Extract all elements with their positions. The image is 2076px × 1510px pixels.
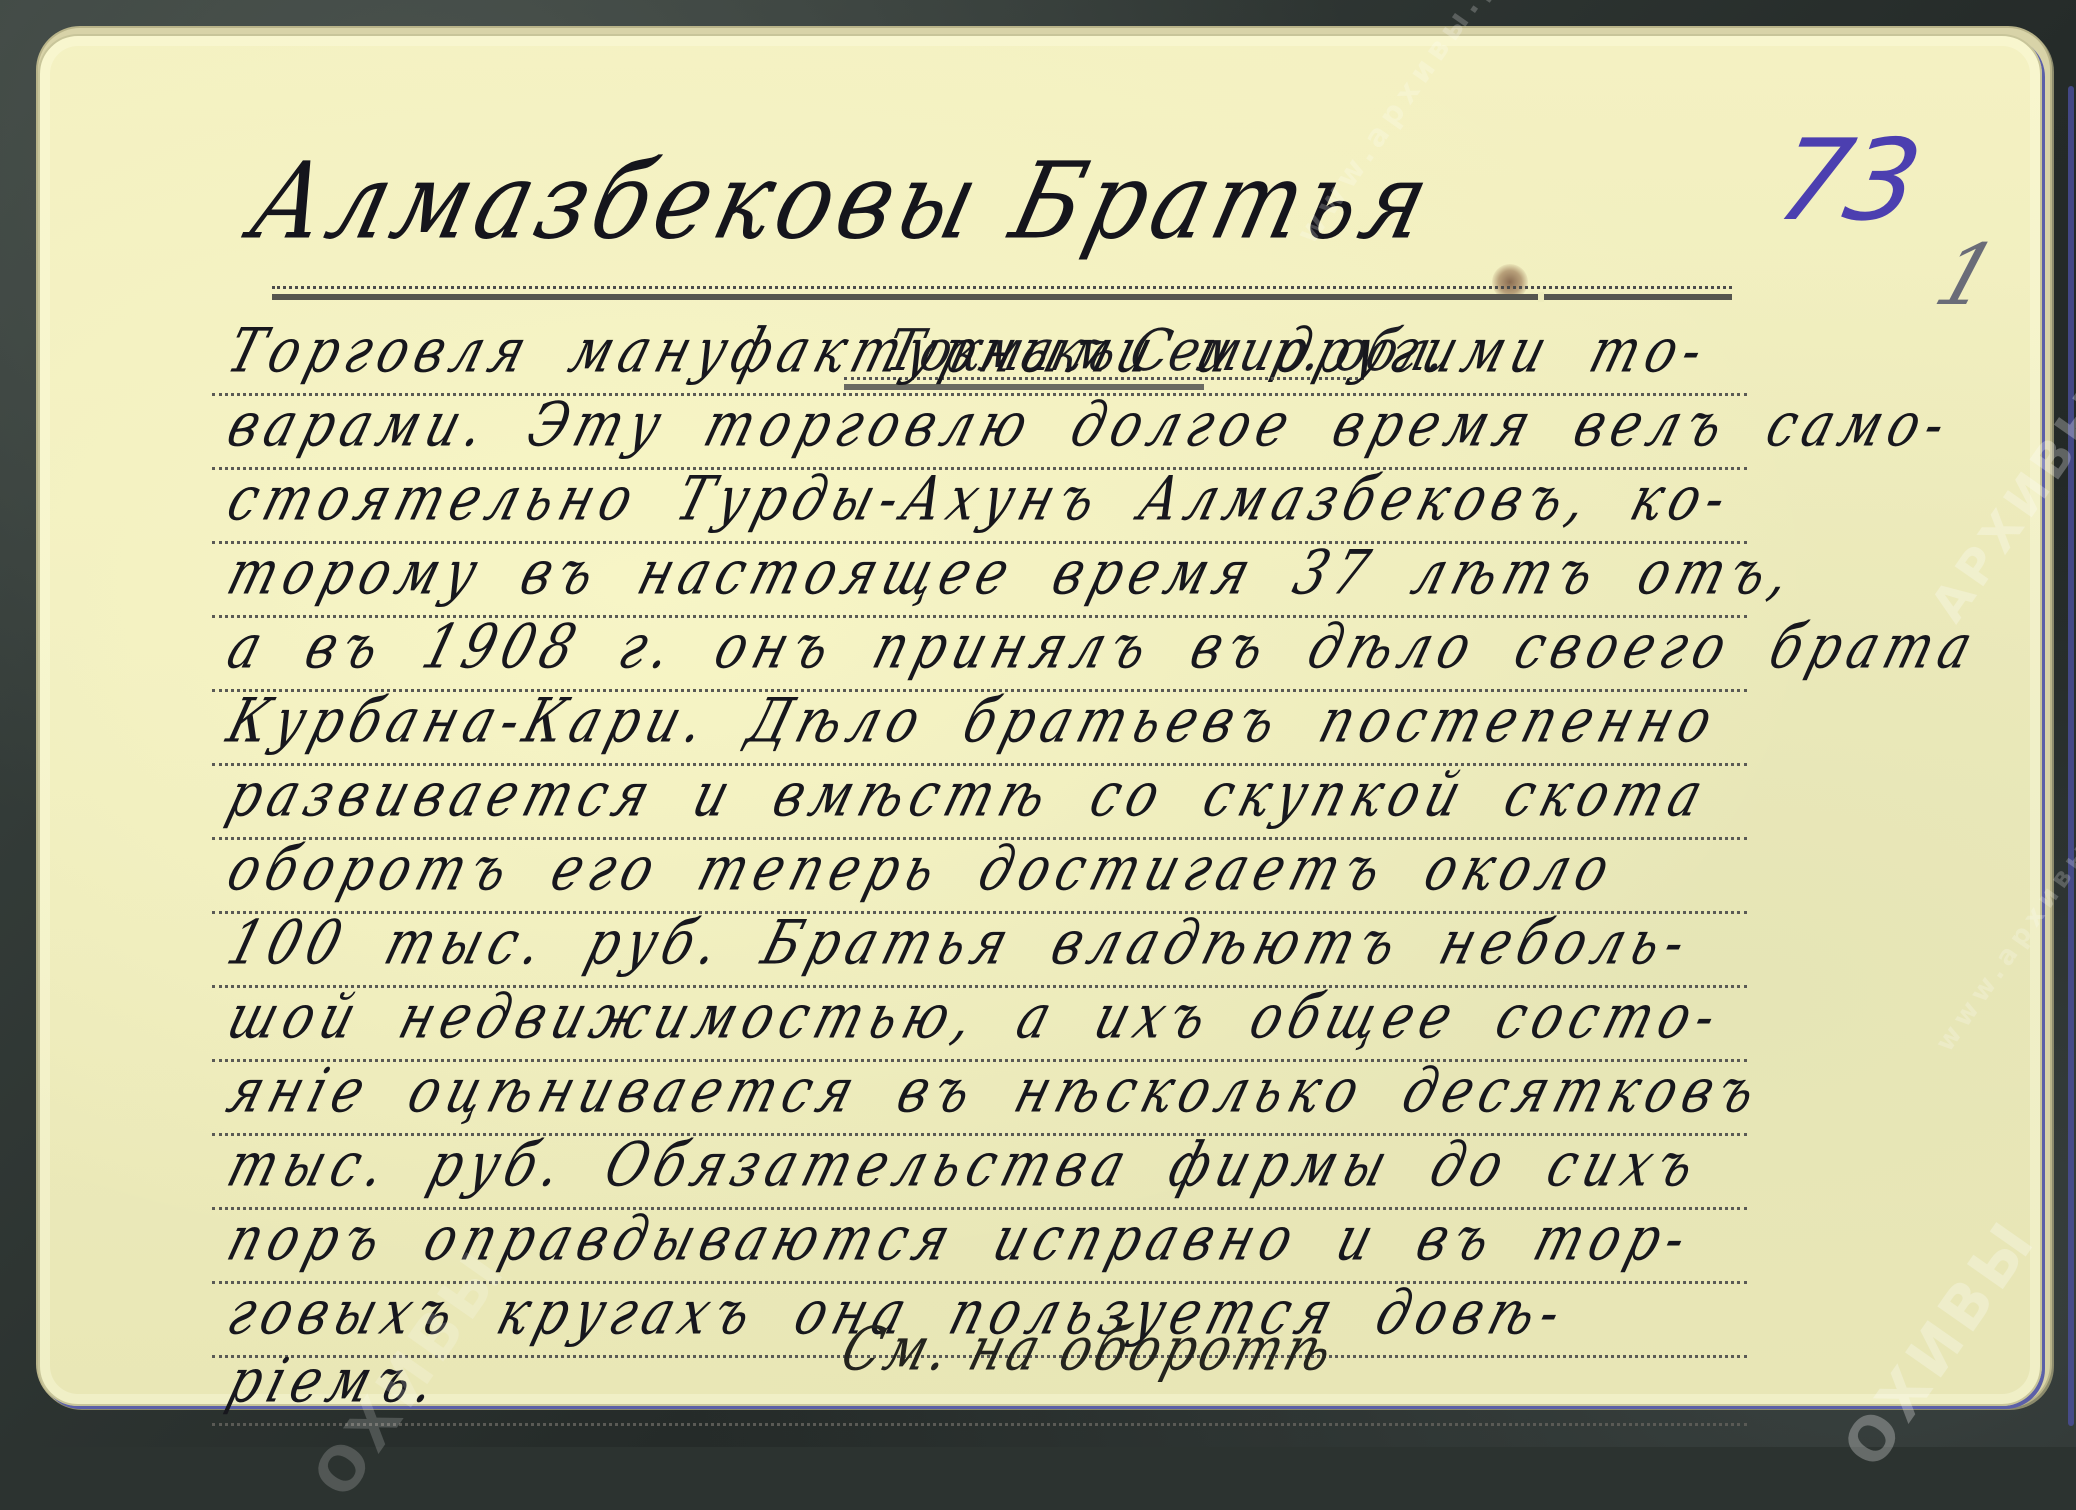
body-text: Торговля мануфактурными и другими то- ва…: [40, 36, 2040, 1404]
text-line-content: шой недвижимостью, а ихъ общее состо-: [220, 981, 1731, 1052]
text-line-content: тыс. руб. Обязательства фирмы до сихъ: [220, 1129, 1709, 1200]
text-line: оборотъ его теперь достигаетъ около: [212, 842, 1972, 914]
text-line-content: Торговля мануфактурными и другими то-: [220, 315, 1718, 386]
text-line: шой недвижимостью, а ихъ общее состо-: [212, 990, 1972, 1062]
text-line-content: яніе оцѣнивается въ нѣсколько десятковъ: [220, 1055, 1770, 1126]
text-line: варами. Эту торговлю долгое время велъ с…: [212, 398, 1972, 470]
dotted-rule: [212, 1423, 1747, 1426]
text-line-content: торому въ настоящее время 37 лѣтъ отъ,: [220, 537, 1805, 608]
text-line: яніе оцѣнивается въ нѣсколько десятковъ: [212, 1064, 1972, 1136]
text-line-content: ріемъ.: [220, 1345, 451, 1416]
text-line-content: развивается и вмѣстѣ со скупкой скота: [220, 759, 1717, 830]
text-line: Торговля мануфактурными и другими то-: [212, 324, 1972, 396]
text-line: а въ 1908 г. онъ принялъ въ дѣло своего …: [212, 620, 1972, 692]
text-line-content: а въ 1908 г. онъ принялъ въ дѣло своего …: [220, 611, 1987, 682]
text-line: стоятельно Турды-Ахунъ Алмазбековъ, ко-: [212, 472, 1972, 544]
text-line: торому въ настоящее время 37 лѣтъ отъ,: [212, 546, 1972, 618]
text-line-content: Курбана-Кари. Дѣло братьевъ постепенно: [220, 685, 1727, 756]
text-line: 100 тыс. руб. Братья владѣютъ неболь-: [212, 916, 1972, 988]
text-line-content: варами. Эту торговлю долгое время велъ с…: [220, 389, 1960, 460]
text-line: Курбана-Кари. Дѣло братьевъ постепенно: [212, 694, 1972, 766]
see-reverse-note: См. на оборотѣ: [834, 1314, 1344, 1384]
text-line-content: стоятельно Турды-Ахунъ Алмазбековъ, ко-: [220, 463, 1741, 534]
text-line-content: поръ оправдываются исправно и въ тор-: [220, 1203, 1701, 1274]
text-line: тыс. руб. Обязательства фирмы до сихъ: [212, 1138, 1972, 1210]
text-line-content: 100 тыс. руб. Братья владѣютъ неболь-: [220, 907, 1700, 978]
card-edge-shadow: [2068, 86, 2074, 1426]
archival-card: Алмазбековы Братья 73 1 Токмакъ Семир. о…: [38, 34, 2042, 1406]
text-line: поръ оправдываются исправно и въ тор-: [212, 1212, 1972, 1284]
text-line: развивается и вмѣстѣ со скупкой скота: [212, 768, 1972, 840]
text-line-content: оборотъ его теперь достигаетъ около: [220, 833, 1624, 904]
